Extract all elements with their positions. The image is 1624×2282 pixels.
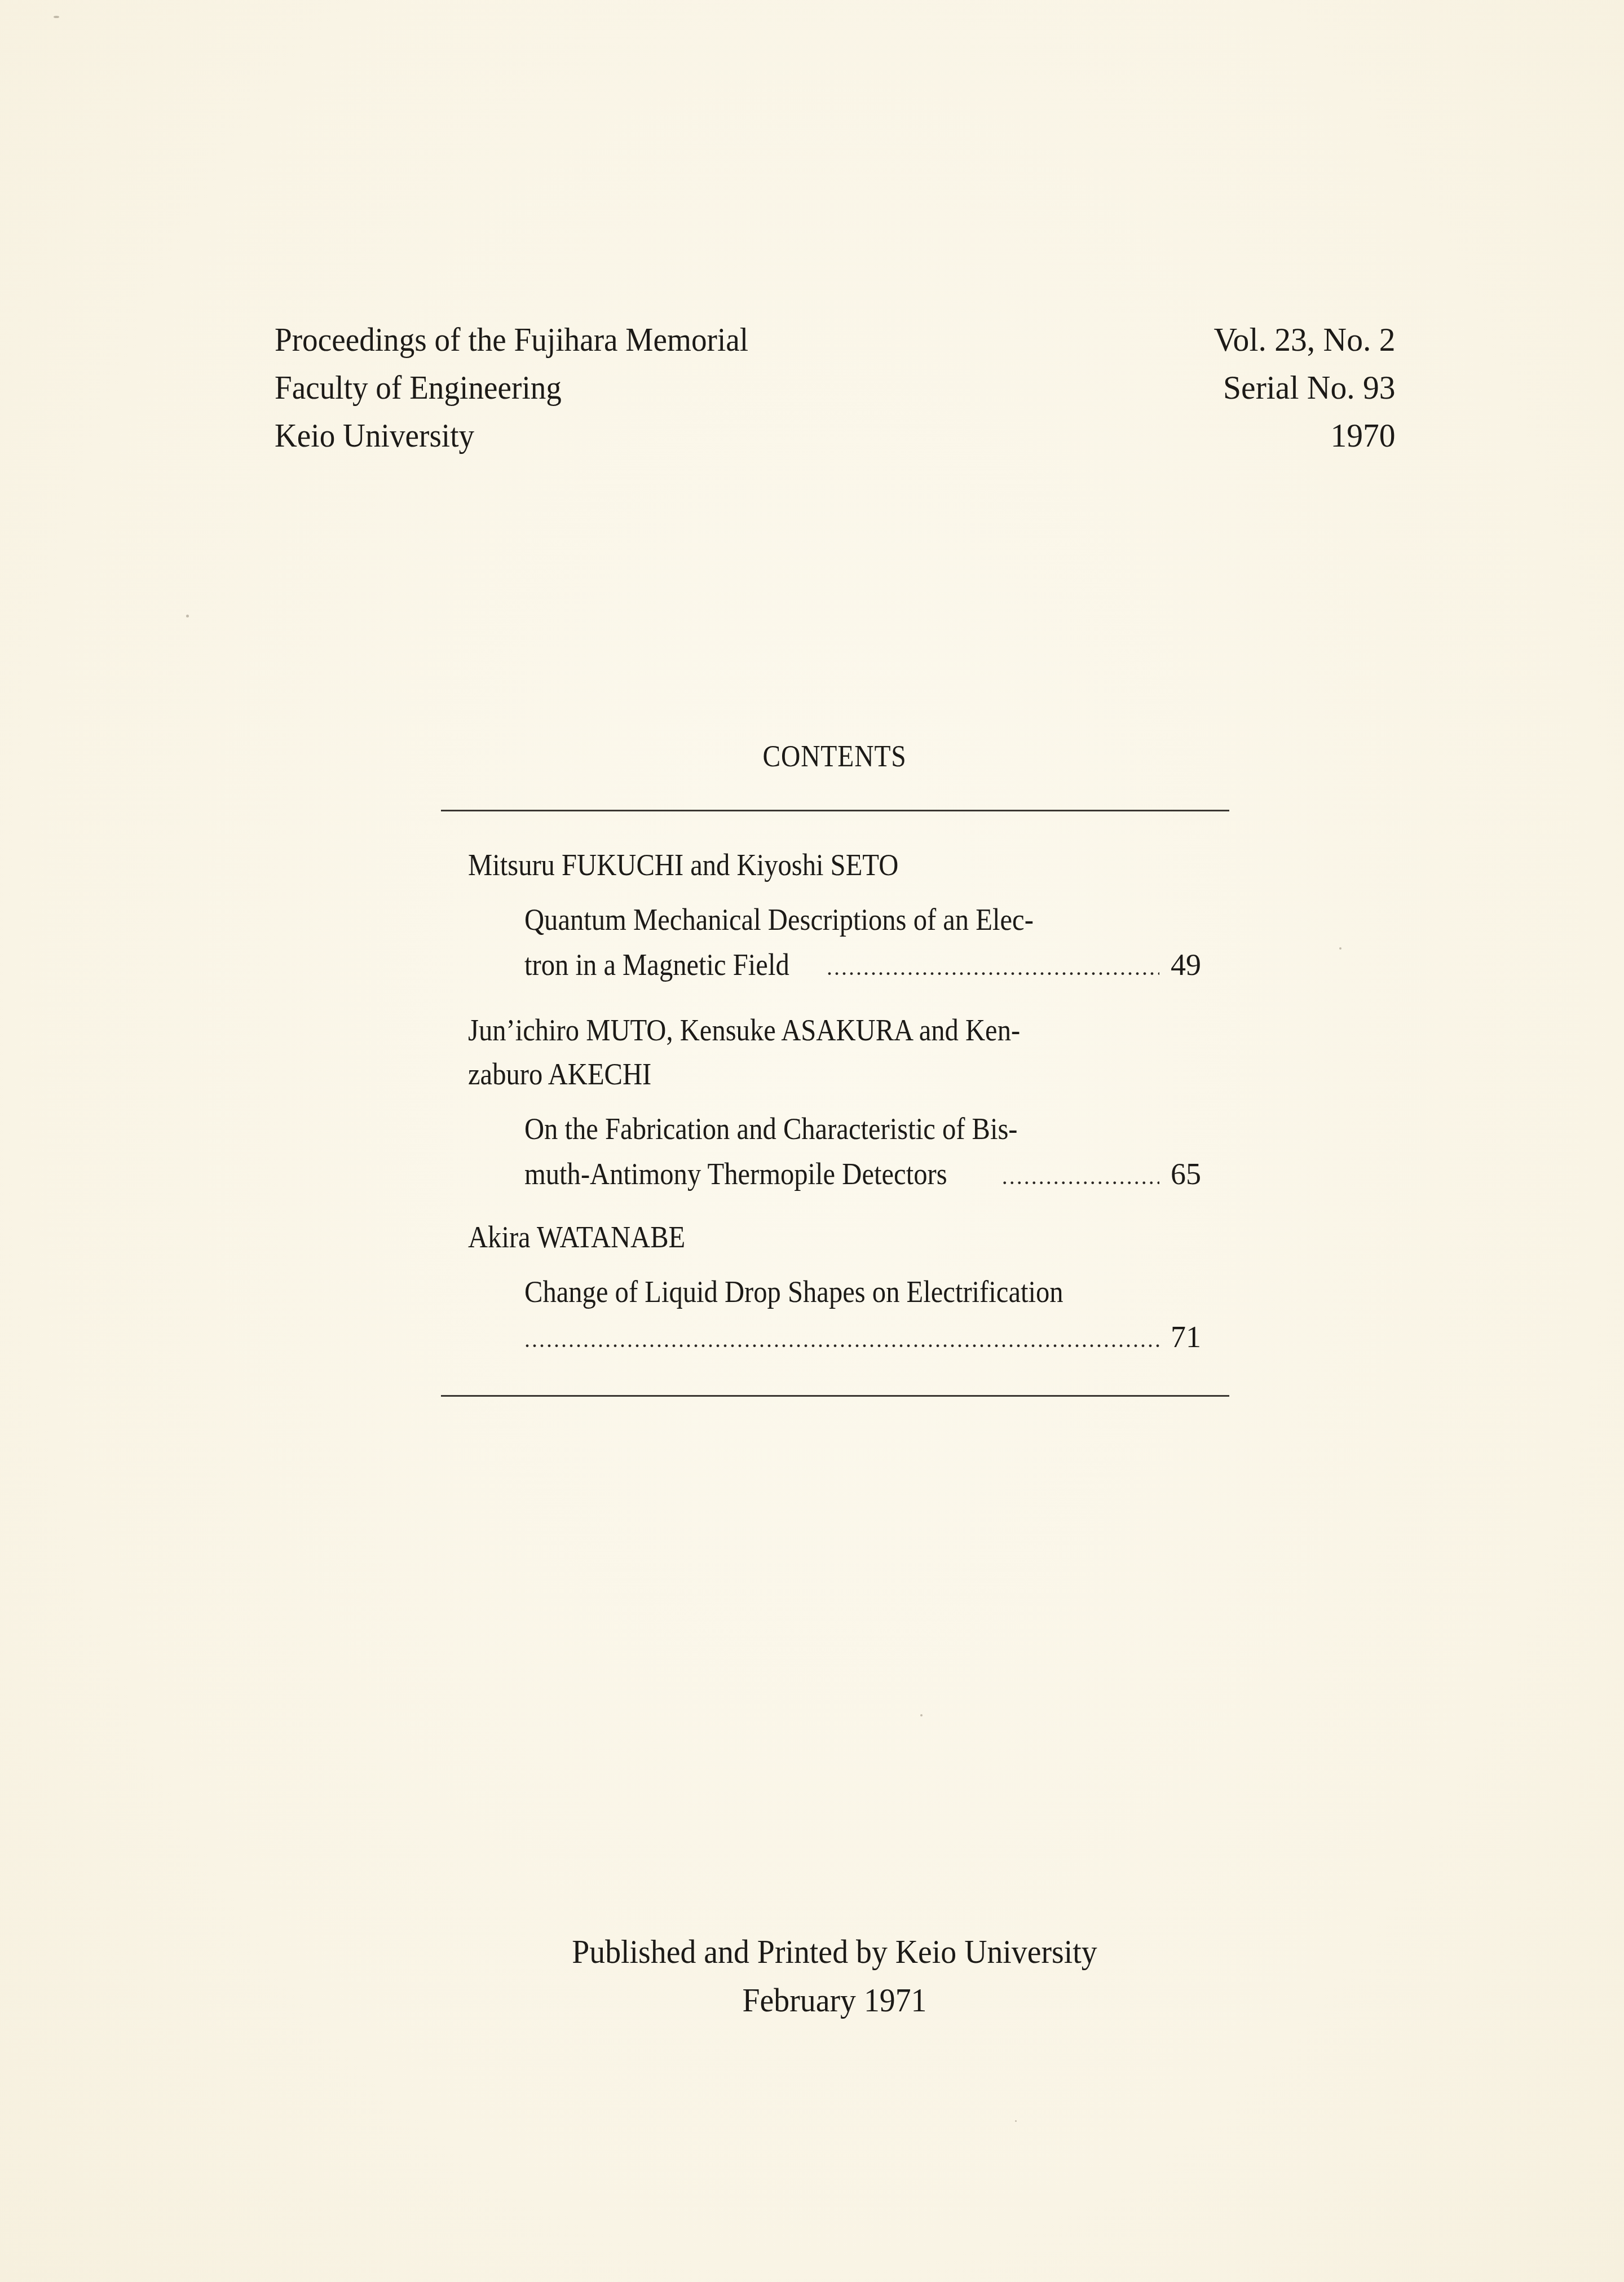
- title-line: muth-Antimony Thermopile Detectors: [524, 1151, 947, 1197]
- scan-speck: [1015, 2120, 1017, 2122]
- issue-info-block: Vol. 23, No. 2 Serial No. 93 1970: [1214, 316, 1396, 460]
- top-divider: [441, 810, 1229, 811]
- scan-speck: [1339, 947, 1341, 950]
- entry-title[interactable]: Change of Liquid Drop Shapes on Electrif…: [524, 1269, 1201, 1362]
- volume-number: Vol. 23, No. 2: [1214, 316, 1396, 364]
- entry-title[interactable]: On the Fabrication and Characteristic of…: [524, 1106, 1201, 1199]
- author-line: zaburo AKECHI: [468, 1052, 1133, 1096]
- title-last-line-row: muth-Antimony Thermopile Detectors .....…: [524, 1151, 1201, 1199]
- imprint: Published and Printed by Keio University…: [0, 1927, 1624, 2024]
- faculty-name: Faculty of Engineering: [275, 364, 748, 412]
- publisher-line: Published and Printed by Keio University: [59, 1927, 1611, 1976]
- dot-leader: ........................................…: [827, 945, 1159, 990]
- university-name: Keio University: [275, 412, 748, 460]
- entry-title[interactable]: Quantum Mechanical Descriptions of an El…: [524, 897, 1201, 990]
- dot-leader: ........................................…: [524, 1317, 1159, 1362]
- page-number: 71: [1167, 1314, 1201, 1360]
- scan-speck: [186, 615, 189, 617]
- author-line: Akira WATANABE: [468, 1215, 1133, 1259]
- contents-heading: CONTENTS: [100, 739, 1569, 774]
- scan-speck: [920, 1714, 923, 1716]
- title-last-line-row: tron in a Magnetic Field ...............…: [524, 942, 1201, 990]
- page-number: 49: [1167, 942, 1201, 987]
- publication-date: February 1971: [59, 1976, 1611, 2024]
- serial-number: Serial No. 93: [1214, 364, 1396, 412]
- entry-authors: Akira WATANABE: [468, 1215, 1133, 1259]
- scan-speck: [54, 16, 59, 18]
- author-line: Jun’ichiro MUTO, Kensuke ASAKURA and Ken…: [468, 1008, 1133, 1052]
- entry-authors: Mitsuru FUKUCHI and Kiyoshi SETO: [468, 843, 1133, 887]
- toc-entry[interactable]: Mitsuru FUKUCHI and Kiyoshi SETO Quantum…: [468, 843, 1207, 990]
- title-last-line-row: ........................................…: [524, 1314, 1201, 1362]
- title-line: On the Fabrication and Characteristic of…: [524, 1106, 1133, 1151]
- issue-year: 1970: [1214, 412, 1396, 460]
- journal-title: Proceedings of the Fujihara Memorial: [275, 316, 748, 364]
- journal-name-block: Proceedings of the Fujihara Memorial Fac…: [275, 316, 748, 460]
- title-line: Quantum Mechanical Descriptions of an El…: [524, 897, 1133, 942]
- title-line: tron in a Magnetic Field: [524, 942, 789, 987]
- bottom-divider: [441, 1395, 1229, 1397]
- author-line: Mitsuru FUKUCHI and Kiyoshi SETO: [468, 843, 1133, 887]
- title-line: Change of Liquid Drop Shapes on Electrif…: [524, 1269, 1133, 1314]
- table-of-contents: Mitsuru FUKUCHI and Kiyoshi SETO Quantum…: [468, 843, 1207, 1362]
- journal-page: Proceedings of the Fujihara Memorial Fac…: [0, 0, 1624, 2282]
- dot-leader: ........................................…: [1002, 1154, 1159, 1199]
- page-number: 65: [1167, 1151, 1201, 1197]
- toc-entry[interactable]: Akira WATANABE Change of Liquid Drop Sha…: [468, 1215, 1207, 1362]
- toc-entry[interactable]: Jun’ichiro MUTO, Kensuke ASAKURA and Ken…: [468, 1008, 1207, 1199]
- entry-authors: Jun’ichiro MUTO, Kensuke ASAKURA and Ken…: [468, 1008, 1133, 1096]
